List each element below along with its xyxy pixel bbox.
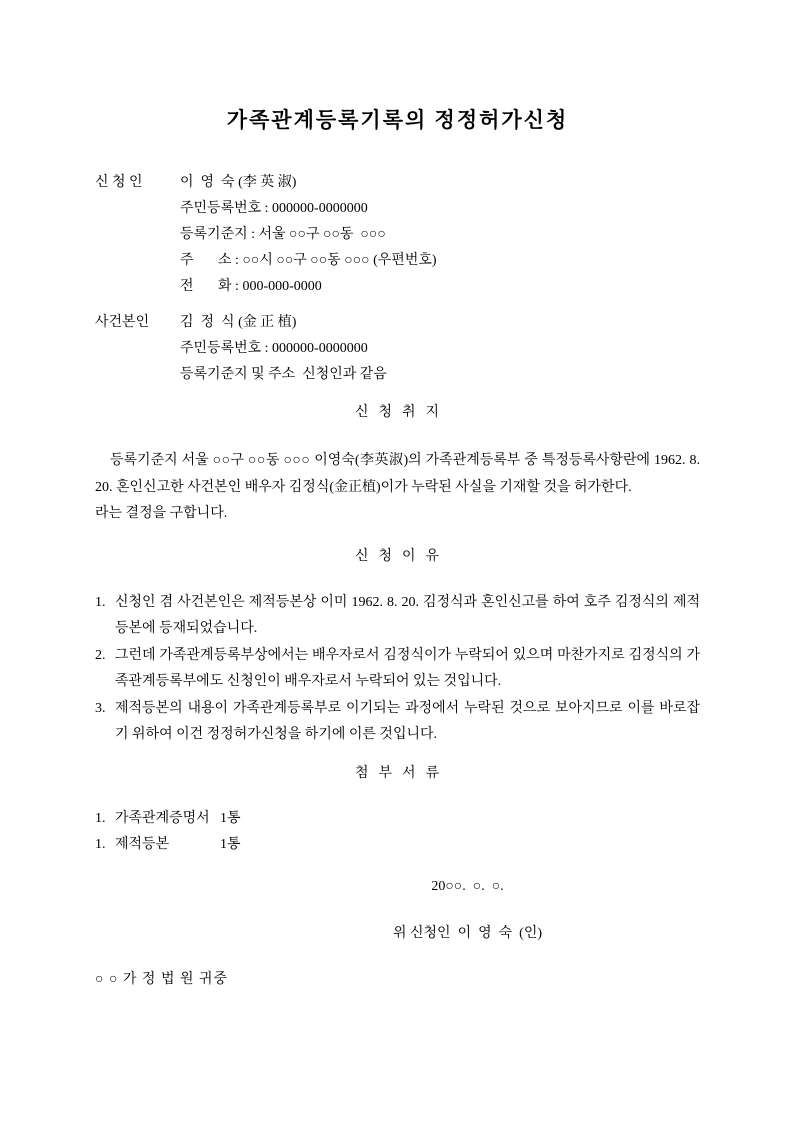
reason-item: 3.제적등본의 내용이 가족관계등록부로 이기되는 과정에서 누락된 것으로 보… [95,696,700,749]
reason-item-number: 2. [95,643,115,670]
attachment-item-count: 1통 [220,832,241,858]
attachment-item: 1. 가족관계증명서 1통 [95,806,700,832]
subject-role-label: 사건본인 [95,310,180,388]
applicant-details: 이 영 숙 (李 英 淑) 주민등록번호 : 000000-0000000 등록… [180,170,700,300]
subject-registration-base: 등록기준지 및 주소 신청인과 같음 [180,362,700,388]
subject-block: 사건본인 김 정 식 (金 正 植) 주민등록번호 : 000000-00000… [95,310,700,388]
reason-item-number: 1. [95,590,115,617]
attachment-item-number: 1. [95,832,115,858]
purpose-body: 등록기준지 서울 ○○구 ○○동 ○○○ 이영숙(李英淑)의 가족관계등록부 중… [95,448,700,501]
signature-line: 위 신청인 이 영 숙 (인) [235,921,700,947]
applicant-role-label: 신 청 인 [95,170,180,300]
document-title: 가족관계등록기록의 정정허가신청 [95,106,700,134]
attachment-item-name: 제적등본 [115,832,220,858]
applicant-resident-number: 주민등록번호 : 000000-0000000 [180,196,700,222]
court-line: ○ ○ 가 정 법 원 귀중 [95,967,700,993]
subject-resident-number: 주민등록번호 : 000000-0000000 [180,336,700,362]
attachment-item-name: 가족관계증명서 [115,806,220,832]
attachment-item-count: 1통 [220,806,241,832]
attachment-item-number: 1. [95,806,115,832]
applicant-phone: 전 화 : 000-000-0000 [180,274,700,300]
closing-block: 20○○. ○. ○. 위 신청인 이 영 숙 (인) [95,874,700,947]
document-page: 가족관계등록기록의 정정허가신청 신 청 인 이 영 숙 (李 英 淑) 주민등… [0,0,794,1123]
reason-item-text: 제적등본의 내용이 가족관계등록부로 이기되는 과정에서 누락된 것으로 보아지… [115,701,700,743]
subject-name: 김 정 식 (金 正 植) [180,310,700,336]
date-line: 20○○. ○. ○. [235,874,700,900]
attachment-item: 1. 제적등본 1통 [95,832,700,858]
purpose-heading: 신 청 취 지 [95,400,700,426]
reason-item-text: 그런데 가족관계등록부상에서는 배우자로서 김정식이가 누락되어 있으며 마찬가… [115,648,700,690]
reason-item-number: 3. [95,696,115,723]
applicant-name: 이 영 숙 (李 英 淑) [180,170,700,196]
purpose-closing: 라는 결정을 구합니다. [95,501,700,528]
reason-item: 2.그런데 가족관계등록부상에서는 배우자로서 김정식이가 누락되어 있으며 마… [95,643,700,696]
reasons-heading: 신 청 이 유 [95,544,700,570]
reason-item-text: 신청인 겸 사건본인은 제적등본상 이미 1962. 8. 20. 김정식과 혼… [115,595,700,637]
attachments-heading: 첨 부 서 류 [95,761,700,787]
reason-item: 1.신청인 겸 사건본인은 제적등본상 이미 1962. 8. 20. 김정식과… [95,590,700,643]
subject-details: 김 정 식 (金 正 植) 주민등록번호 : 000000-0000000 등록… [180,310,700,388]
applicant-block: 신 청 인 이 영 숙 (李 英 淑) 주민등록번호 : 000000-0000… [95,170,700,300]
applicant-address: 주 소 : ○○시 ○○구 ○○동 ○○○ (우편번호) [180,248,700,274]
applicant-registration-base: 등록기준지 : 서울 ○○구 ○○동 ○○○ [180,222,700,248]
